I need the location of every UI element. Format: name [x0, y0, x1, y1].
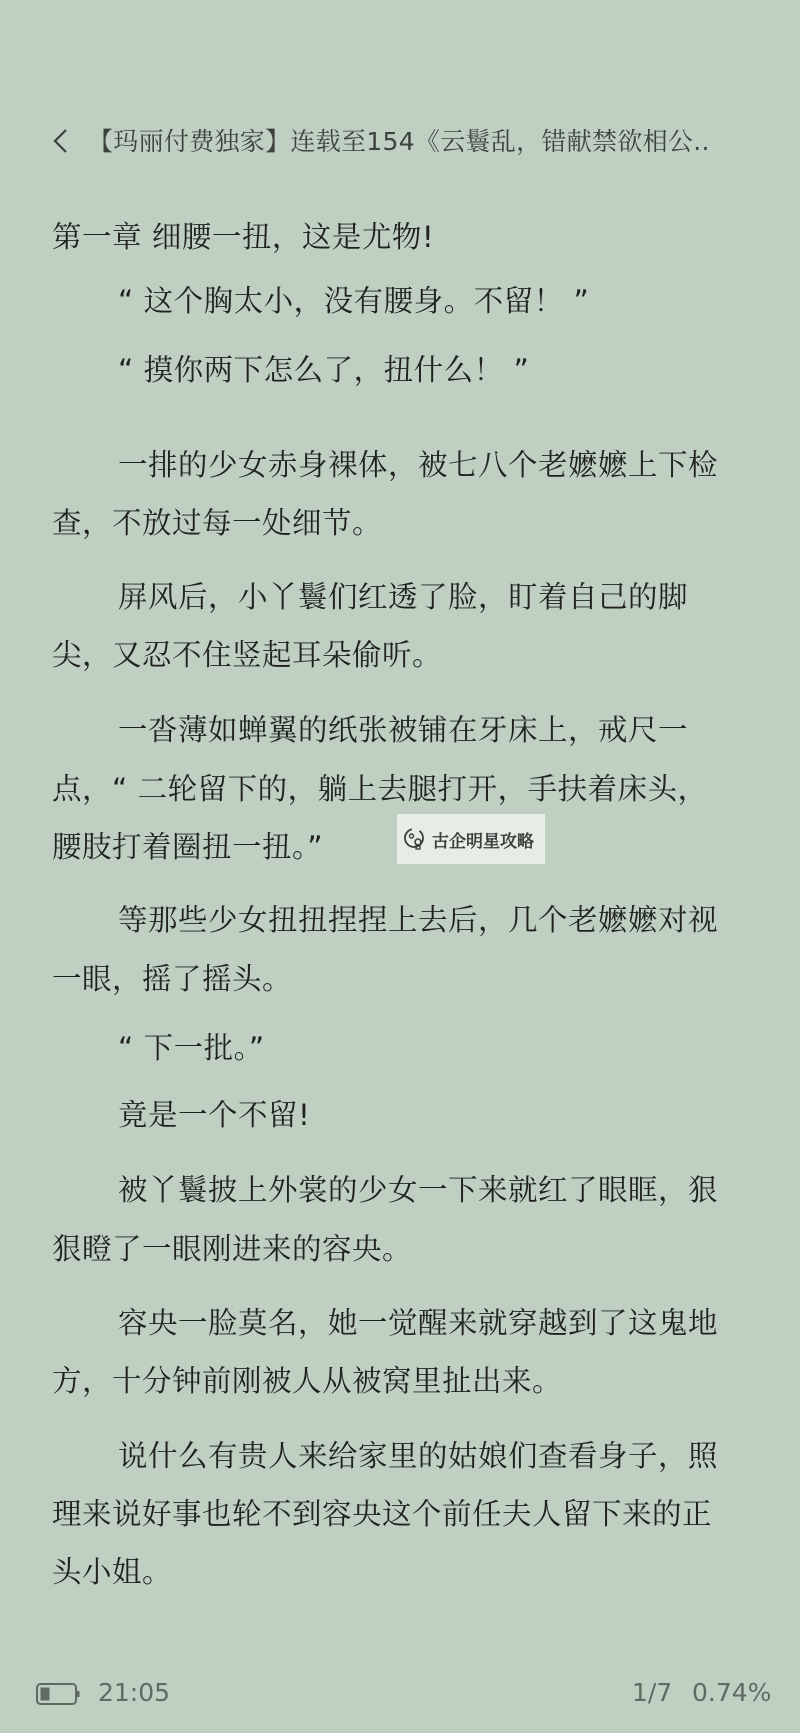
text-line: 点，“ 二轮留下的，躺上去腿打开，手扶着床头，	[52, 769, 708, 809]
back-button[interactable]	[40, 124, 80, 158]
reader-top-bar: 【玛丽付费独家】连载至154《云鬟乱，错献禁欲相公..	[0, 110, 800, 170]
text-line: 屏风后，小丫鬟们红透了脸，盯着自己的脚	[118, 577, 688, 617]
chapter-title: 第一章 细腰一扭，这是尤物!	[52, 217, 434, 257]
text-line: 等那些少女扭扭捏捏上去后，几个老嬷嬷对视	[118, 900, 718, 940]
watermark-text: 古企明星攻略	[432, 827, 534, 852]
text-line: “ 下一批。”	[118, 1028, 265, 1068]
text-line: 一眼，摇了摇头。	[52, 959, 292, 999]
text-line: 一沓薄如蝉翼的纸张被铺在牙床上，戒尺一	[118, 710, 688, 750]
text-line: 查，不放过每一处细节。	[52, 503, 382, 543]
text-line: 理来说好事也轮不到容央这个前任夫人留下来的正	[52, 1494, 712, 1534]
text-line: 竟是一个不留!	[118, 1095, 310, 1135]
text-line: 方，十分钟前刚被人从被窝里扯出来。	[52, 1361, 562, 1401]
text-line: “ 摸你两下怎么了，扭什么！ ”	[118, 350, 529, 390]
text-line: 腰肢打着圈扭一扭。”	[52, 827, 323, 867]
text-line: 尖，又忍不住竖起耳朵偷听。	[52, 635, 442, 675]
reader-status-bar: 21:05 1/7 0.74%	[0, 1672, 800, 1718]
chevron-left-icon	[51, 127, 69, 155]
watermark-badge: 古企明星攻略	[397, 814, 545, 864]
text-line: 容央一脸莫名，她一觉醒来就穿越到了这鬼地	[118, 1303, 718, 1343]
page-indicator: 1/7	[632, 1678, 672, 1707]
clock: 21:05	[98, 1678, 170, 1707]
brand-logo-icon	[403, 826, 427, 852]
text-line: 说什么有贵人来给家里的姑娘们查看身子，照	[118, 1436, 718, 1476]
text-line: 被丫鬟披上外裳的少女一下来就红了眼眶，狠	[118, 1170, 718, 1210]
text-line: 头小姐。	[52, 1552, 172, 1592]
text-line: 狠瞪了一眼刚进来的容央。	[52, 1229, 412, 1269]
battery-low-icon	[36, 1683, 80, 1705]
reading-progress: 0.74%	[692, 1678, 771, 1707]
text-line: “ 这个胸太小，没有腰身。不留！ ”	[118, 281, 589, 321]
text-line: 一排的少女赤身裸体，被七八个老嬷嬷上下检	[118, 445, 718, 485]
book-title[interactable]: 【玛丽付费独家】连载至154《云鬟乱，错献禁欲相公..	[88, 122, 710, 158]
